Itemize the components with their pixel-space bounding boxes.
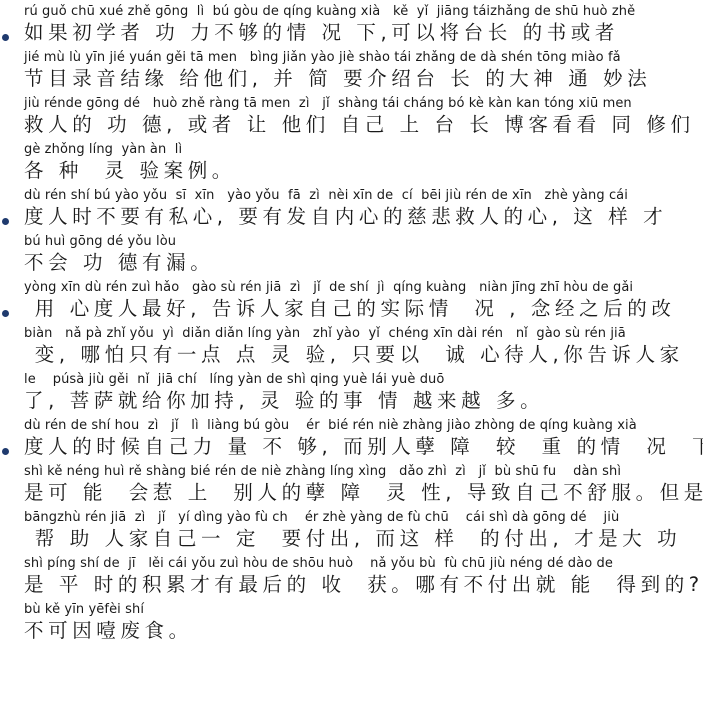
pinyin-line: yòng xīn dù rén zuì hǎo gào sù rén jiā z…: [0, 276, 703, 296]
bullet-paragraph-2: dù rén shí bú yào yǒu sī xīn yào yǒu fā …: [0, 184, 703, 276]
bullet-paragraph-1: rú guǒ chū xué zhě gōng lì bú gòu de qín…: [0, 0, 703, 184]
pinyin-line: bù kě yīn yēfèi shí: [0, 598, 703, 618]
bullet-paragraph-3: yòng xīn dù rén zuì hǎo gào sù rén jiā z…: [0, 276, 703, 414]
chinese-line: 节目录音结缘 给他们, 并 简 要介绍台 长 的大神 通 妙法: [0, 66, 703, 92]
document-body: rú guǒ chū xué zhě gōng lì bú gòu de qín…: [0, 0, 703, 644]
chinese-line: 是可 能 会惹 上 别人的孽 障 灵 性, 导致自己不舒服。但是,: [0, 480, 703, 506]
chinese-line: 帮 助 人家自己一 定 要付出, 而这 样 的付出, 才是大 功 德, 就: [0, 526, 703, 552]
chinese-line: 各 种 灵 验案例。: [0, 158, 703, 184]
chinese-line: 了, 菩萨就给你加持, 灵 验的事 情 越来越 多。: [0, 388, 703, 414]
pinyin-line: gè zhǒng líng yàn àn lì: [0, 138, 703, 158]
chinese-line: 变, 哪怕只有一点 点 灵 验, 只要以 诚 心待人,你告诉人家: [0, 342, 703, 368]
chinese-line: 如果初学者 功 力不够的情 况 下,可以将台长 的书或者: [0, 20, 703, 46]
pinyin-line: rú guǒ chū xué zhě gōng lì bú gòu de qín…: [0, 0, 703, 20]
chinese-line: 度人的时候自己力 量 不 够, 而别人孽 障 较 重 的情 况 下: [0, 434, 703, 460]
pinyin-line: le púsà jiù gěi nǐ jiā chí líng yàn de s…: [0, 368, 703, 388]
pinyin-line: shì píng shí de jī lěi cái yǒu zuì hòu d…: [0, 552, 703, 572]
pinyin-line: dù rén de shí hou zì jǐ lì liàng bú gòu …: [0, 414, 703, 434]
chinese-line: 度人时不要有私心, 要有发自内心的慈悲救人的心, 这 样 才: [0, 204, 703, 230]
chinese-line: 救人的 功 德, 或者 让 他们 自己 上 台 长 博客看看 同 修们: [0, 112, 703, 138]
pinyin-line: jiù rénde gōng dé huò zhě ràng tā men zì…: [0, 92, 703, 112]
bullet-paragraph-4: dù rén de shí hou zì jǐ lì liàng bú gòu …: [0, 414, 703, 644]
pinyin-line: dù rén shí bú yào yǒu sī xīn yào yǒu fā …: [0, 184, 703, 204]
pinyin-line: bāngzhù rén jiā zì jǐ yí dìng yào fù ch …: [0, 506, 703, 526]
chinese-line: 用 心度人最好, 告诉人家自己的实际情 况 , 念经之后的改: [0, 296, 703, 322]
bullet-icon: [2, 34, 9, 41]
pinyin-line: bú huì gōng dé yǒu lòu: [0, 230, 703, 250]
chinese-line: 不可因噎废食。: [0, 618, 703, 644]
bullet-icon: [2, 448, 9, 455]
pinyin-line: biàn nǎ pà zhǐ yǒu yì diǎn diǎn líng yàn…: [0, 322, 703, 342]
bullet-icon: [2, 218, 9, 225]
chinese-line: 不会 功 德有漏。: [0, 250, 703, 276]
pinyin-line: shì kě néng huì rě shàng bié rén de niè …: [0, 460, 703, 480]
bullet-icon: [2, 310, 9, 317]
chinese-line: 是 平 时的积累才有最后的 收 获。哪有不付出就 能 得到的?: [0, 572, 703, 598]
pinyin-line: jié mù lù yīn jié yuán gěi tā men bìng j…: [0, 46, 703, 66]
